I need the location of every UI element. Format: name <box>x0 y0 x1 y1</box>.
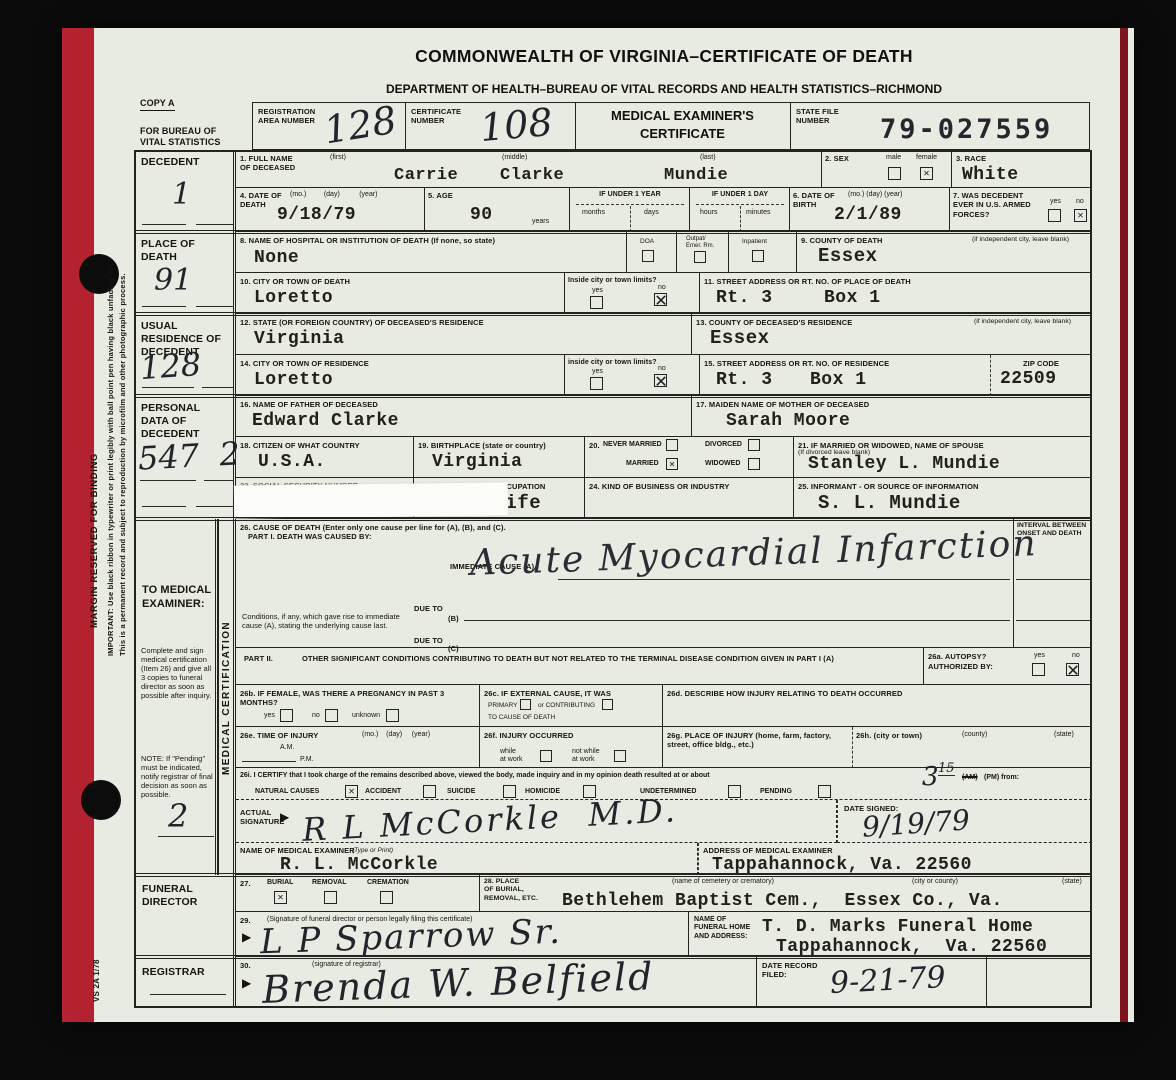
form-code: VS 2A 1/78 <box>92 930 102 1002</box>
last-name-value: Mundie <box>664 167 728 184</box>
date-of-birth-value: 2/1/89 <box>834 206 902 224</box>
state-residence-value: Virginia <box>254 330 344 348</box>
disposition-num: 27. <box>240 879 251 888</box>
contributing-checkbox <box>602 699 613 710</box>
cemetery-sub: (name of cemetery or crematory) <box>672 878 774 886</box>
father-name-value: Edward Clarke <box>252 412 399 430</box>
state-file-value: 79-027559 <box>880 114 1053 145</box>
doa-sub: DOA <box>640 238 654 246</box>
sex-label: 2. SEX <box>825 154 849 163</box>
limits2-no-checkbox: ✕ <box>654 374 667 387</box>
county-residence-note: (if independent city, leave blank) <box>974 318 1071 326</box>
sidebar-funeral-label: FUNERAL DIRECTOR <box>142 883 212 909</box>
limits2-yes-sub: yes <box>592 368 603 376</box>
undetermined-checkbox <box>728 785 741 798</box>
external-cause-label2: TO CAUSE OF DEATH <box>488 714 555 722</box>
sex-male-checkbox <box>888 167 901 180</box>
registration-area-value: 128 <box>321 101 399 150</box>
autopsy-yes-sub: yes <box>1034 652 1045 660</box>
certificate-number-label: CERTIFICATE NUMBER <box>411 107 481 126</box>
funeral-home-label: NAME OF FUNERAL HOME AND ADDRESS: <box>694 916 760 941</box>
birthplace-label: 19. BIRTHPLACE (state or country) <box>418 441 582 450</box>
examiner-address-value: Tappahannock, Va. 22560 <box>712 856 972 874</box>
arrow-icon: ▶ <box>242 930 251 945</box>
first-sub: (first) <box>330 154 346 162</box>
b-label: (B) <box>448 614 459 623</box>
cause-label: 26. CAUSE OF DEATH (Enter only one cause… <box>240 523 506 532</box>
me-certificate-title-1: MEDICAL EXAMINER'S <box>575 108 790 123</box>
am-sub: A.M. <box>280 744 294 752</box>
county-residence-value: Essex <box>710 329 770 348</box>
hospital-value: None <box>254 249 299 267</box>
pregnancy-no-checkbox <box>325 709 338 722</box>
city-residence-label: 14. CITY OR TOWN OF RESIDENCE <box>240 359 369 368</box>
widowed-sub: WIDOWED <box>705 460 740 468</box>
removal-checkbox <box>324 891 337 904</box>
informant-value: S. L. Mundie <box>818 494 961 513</box>
accident-checkbox <box>423 785 436 798</box>
date-signed-value: 9/19/79 <box>861 806 971 841</box>
autopsy-yes-checkbox <box>1032 663 1045 676</box>
widowed-checkbox <box>748 458 760 470</box>
arrow-icon: ▶ <box>280 810 289 825</box>
sidebar-tome-label: TO MEDICAL EXAMINER: <box>142 584 212 612</box>
limits1-yes-sub: yes <box>592 287 603 295</box>
injury-state-sub: (state) <box>1054 731 1074 739</box>
punch-hole-bottom <box>81 780 121 820</box>
street-of-death-label: 11. STREET ADDRESS OR RT. NO. OF PLACE O… <box>704 277 911 286</box>
pregnancy-unknown-checkbox <box>386 709 399 722</box>
married-checkbox: ✕ <box>666 458 678 470</box>
due-to-b-label: DUE TO <box>414 604 443 613</box>
time-of-injury-label: 26e. TIME OF INJURY <box>240 731 318 740</box>
full-name-label: 1. FULL NAME OF DECEASED <box>240 154 295 173</box>
date-of-birth-subs: (mo.) (day) (year) <box>848 191 902 199</box>
pm-sub: P.M. <box>300 756 314 764</box>
while-at-work-sub: while at work <box>500 748 523 765</box>
whiteout-strip <box>234 482 508 518</box>
arrow-icon: ▶ <box>242 976 251 991</box>
outpatient-sub: Outpat/ Emer. Rm. <box>686 236 714 250</box>
examiner-name-note: (Type or Print) <box>352 847 393 855</box>
street-residence-label: 15. STREET ADDRESS OR RT. NO. OF RESIDEN… <box>704 359 889 368</box>
cremation-checkbox <box>380 891 393 904</box>
sidebar-decedent-label: DECEDENT <box>141 156 200 169</box>
hours-sub: hours <box>700 209 718 217</box>
binding-strip-right <box>1120 28 1128 1022</box>
limits1-label: Inside city or town limits? <box>568 277 657 286</box>
margin-important-line1: IMPORTANT: Use black ribbon in typewrite… <box>106 256 115 656</box>
race-value: White <box>962 166 1019 184</box>
natural-causes-sub: NATURAL CAUSES <box>255 788 319 796</box>
middle-name-value: Clarke <box>500 167 564 184</box>
date-filed-label: DATE RECORD FILED: <box>762 961 818 980</box>
certificate-number-value: 108 <box>478 103 554 147</box>
margin-binding-text: MARGIN RESERVED FOR BINDING <box>90 426 101 656</box>
mother-name-label: 17. MAIDEN NAME OF MOTHER OF DECEASED <box>696 400 869 409</box>
citizen-label: 18. CITIZEN OF WHAT COUNTRY <box>240 441 410 450</box>
funeral-home-name: T. D. Marks Funeral Home <box>762 918 1033 936</box>
age-unit: years <box>532 218 549 226</box>
examiner-name-label: NAME OF MEDICAL EXAMINER <box>240 846 355 855</box>
primary-checkbox <box>520 699 531 710</box>
certify-am: (AM) <box>962 774 978 782</box>
actual-signature-label: ACTUAL SIGNATURE <box>240 808 285 827</box>
married-sub: MARRIED <box>626 460 659 468</box>
sex-female-sub: female <box>916 154 937 162</box>
sidebar-registrar-label: REGISTRAR <box>142 966 205 979</box>
sidebar-tome-note1: Complete and sign medical certification … <box>141 646 215 700</box>
autopsy-no-checkbox: ✕ <box>1066 663 1079 676</box>
pregnancy-no-sub: no <box>312 712 320 720</box>
due-to-c-label: DUE TO <box>414 636 443 645</box>
city-county-sub: (city or county) <box>912 878 958 886</box>
city-residence-value: Loretto <box>254 371 333 389</box>
armed-forces-label: 7. WAS DECEDENT EVER IN U.S. ARMED FORCE… <box>953 191 1045 219</box>
funeral-director-signature: L P Sparrow Sr. <box>259 915 562 960</box>
never-married-checkbox <box>666 439 678 451</box>
date-of-death-subs: (mo.) (day) (year) <box>290 191 378 199</box>
funeral-home-address: Tappahannock, Va. 22560 <box>776 938 1047 956</box>
not-while-at-work-checkbox <box>614 750 626 762</box>
bureau-label: FOR BUREAU OF VITAL STATISTICS <box>140 126 228 149</box>
not-while-at-work-sub: not while at work <box>572 748 600 765</box>
homicide-sub: HOMICIDE <box>525 788 560 796</box>
sidebar-pod-label: PLACE OF DEATH <box>141 238 205 264</box>
page-subtitle: DEPARTMENT OF HEALTH–BUREAU OF VITAL REC… <box>236 82 1092 96</box>
citizen-value: U.S.A. <box>258 453 326 471</box>
middle-sub: (middle) <box>502 154 527 162</box>
certificate-paper: MARGIN RESERVED FOR BINDING IMPORTANT: U… <box>62 28 1134 1022</box>
divorced-checkbox <box>748 439 760 451</box>
limits1-yes-checkbox <box>590 296 603 309</box>
page-title: COMMONWEALTH OF VIRGINIA–CERTIFICATE OF … <box>236 46 1092 67</box>
doa-checkbox <box>642 250 654 262</box>
minutes-sub: minutes <box>746 209 771 217</box>
registrar-sig-num: 30. <box>240 961 251 970</box>
county-of-death-value: Essex <box>818 247 878 266</box>
informant-label: 25. INFORMANT - OR SOURCE OF INFORMATION <box>798 482 979 491</box>
street-of-death-rt: Rt. 3 <box>716 289 773 307</box>
suicide-sub: SUICIDE <box>447 788 475 796</box>
county-residence-label: 13. COUNTY OF DECEASED'S RESIDENCE <box>696 318 852 327</box>
date-of-death-label: 4. DATE OF DEATH <box>240 191 282 210</box>
funeral-sig-num: 29. <box>240 916 251 925</box>
external-cause-label: 26c. IF EXTERNAL CAUSE, IT WAS <box>484 689 611 698</box>
date-of-birth-label: 6. DATE OF BIRTH <box>793 191 835 210</box>
inpatient-checkbox <box>752 250 764 262</box>
days-sub: days <box>644 209 659 217</box>
accident-sub: ACCIDENT <box>365 788 401 796</box>
limits2-yes-checkbox <box>590 377 603 390</box>
outpatient-checkbox <box>694 251 706 263</box>
injury-county-sub: (county) <box>962 731 987 739</box>
sidebar-pod-hand: 91 <box>154 266 192 296</box>
pregnancy-label: 26b. IF FEMALE, WAS THERE A PREGNANCY IN… <box>240 689 450 708</box>
city-of-death-label: 10. CITY OR TOWN OF DEATH <box>240 277 350 286</box>
place-of-burial-value: Bethlehem Baptist Cem., Essex Co., Va. <box>562 892 1003 910</box>
street-residence-box: Box 1 <box>810 371 867 389</box>
first-name-value: Carrie <box>394 167 458 184</box>
conditions-note: Conditions, if any, which gave rise to i… <box>242 612 410 630</box>
pending-checkbox <box>818 785 831 798</box>
contributing-sub: or CONTRIBUTING <box>538 702 595 710</box>
medical-certification-label: MEDICAL CERTIFICATION <box>221 528 233 868</box>
under-1-day-label: IF UNDER 1 DAY <box>690 191 790 200</box>
natural-causes-checkbox: ✕ <box>345 785 358 798</box>
injury-city-label: 26h. (city or town) <box>856 731 922 740</box>
autopsy-label2: AUTHORIZED BY: <box>928 662 993 671</box>
certify-text: 26i. I CERTIFY that I took charge of the… <box>240 772 912 780</box>
county-of-death-label: 9. COUNTY OF DEATH <box>801 236 883 245</box>
state-sub: (state) <box>1062 878 1082 886</box>
place-of-injury-label: 26g. PLACE OF INJURY (home, farm, factor… <box>667 731 839 750</box>
while-at-work-checkbox <box>540 750 552 762</box>
limits2-label: inside city or town limits? <box>568 359 657 368</box>
never-married-sub: NEVER MARRIED <box>603 441 662 449</box>
marital-num: 20. <box>589 441 600 450</box>
pregnancy-yes-checkbox <box>280 709 293 722</box>
certify-time-hour: 3 <box>922 764 939 790</box>
certify-time-min: 15 <box>938 762 955 776</box>
birthplace-value: Virginia <box>432 453 522 471</box>
sidebar-tome-note2: NOTE: If "Pending" must be indicated, no… <box>141 754 215 799</box>
examiner-name-value: R. L. McCorkle <box>280 856 438 874</box>
date-of-death-value: 9/18/79 <box>277 206 356 224</box>
forces-no-sub: no <box>1076 198 1084 206</box>
divorced-sub: DIVORCED <box>705 441 742 449</box>
age-label: 5. AGE <box>428 191 453 200</box>
copy-label: COPY A <box>140 98 175 111</box>
empty-cell <box>987 957 1092 1008</box>
burial-sub: BURIAL <box>267 879 293 887</box>
sidebar-registrar <box>134 957 236 1008</box>
burial-checkbox: ✕ <box>274 891 287 904</box>
autopsy-label: 26a. AUTOPSY? <box>928 652 986 661</box>
forces-yes-checkbox <box>1048 209 1061 222</box>
part2-label: PART II. <box>244 654 273 663</box>
father-name-label: 16. NAME OF FATHER OF DECEASED <box>240 400 378 409</box>
cremation-sub: CREMATION <box>367 879 409 887</box>
last-sub: (last) <box>700 154 716 162</box>
sidebar-residence-hand: 128 <box>139 348 202 384</box>
how-injury-label: 26d. DESCRIBE HOW INJURY RELATING TO DEA… <box>667 689 903 698</box>
suicide-checkbox <box>503 785 516 798</box>
date-filed-value: 9-21-79 <box>829 963 946 999</box>
pending-sub: PENDING <box>760 788 792 796</box>
place-of-burial-label: 28. PLACE OF BURIAL, REMOVAL, ETC. <box>484 878 538 903</box>
pregnancy-unknown-sub: unknown <box>352 712 380 720</box>
county-of-death-note: (if independent city, leave blank) <box>972 236 1069 244</box>
state-file-label: STATE FILE NUMBER <box>796 107 856 126</box>
sidebar-personal-hand: 547 2 <box>137 437 240 474</box>
zip-label: ZIP CODE <box>990 359 1092 368</box>
sex-male-sub: male <box>886 154 901 162</box>
state-residence-label: 12. STATE (OR FOREIGN COUNTRY) OF DECEAS… <box>240 318 484 327</box>
street-residence-rt: Rt. 3 <box>716 371 773 389</box>
examiner-address-label: ADDRESS OF MEDICAL EXAMINER <box>703 846 833 855</box>
time-of-injury-subs: (mo.) (day) (year) <box>362 731 430 739</box>
margin-important-line2: This is a permanent record and subject t… <box>118 256 127 656</box>
certify-pm: (PM) from: <box>984 774 1019 782</box>
spouse-value: Stanley L. Mundie <box>808 455 1000 473</box>
hospital-label: 8. NAME OF HOSPITAL OR INSTITUTION OF DE… <box>240 236 495 245</box>
injury-occurred-label: 26f. INJURY OCCURRED <box>484 731 574 740</box>
months-sub: months <box>582 209 605 217</box>
sidebar-decedent-hand: 1 <box>172 180 191 210</box>
age-value: 90 <box>470 206 493 224</box>
part1-label: PART I. DEATH WAS CAUSED BY: <box>248 532 372 541</box>
forces-no-checkbox: ✕ <box>1074 209 1087 222</box>
zip-value: 22509 <box>1000 370 1057 388</box>
removal-sub: REMOVAL <box>312 879 346 887</box>
me-certificate-title-2: CERTIFICATE <box>575 126 790 141</box>
pregnancy-yes-sub: yes <box>264 712 275 720</box>
street-of-death-box: Box 1 <box>824 289 881 307</box>
sex-female-checkbox: ✕ <box>920 167 933 180</box>
race-label: 3. RACE <box>956 154 986 163</box>
mother-name-value: Sarah Moore <box>726 412 850 430</box>
forces-yes-sub: yes <box>1050 198 1061 206</box>
sidebar-tome-hand: 2 <box>168 800 188 832</box>
city-of-death-value: Loretto <box>254 289 333 307</box>
under-1-year-label: IF UNDER 1 YEAR <box>570 191 690 200</box>
limits1-no-checkbox: ✕ <box>654 293 667 306</box>
part2-text: OTHER SIGNIFICANT CONDITIONS CONTRIBUTIN… <box>302 654 862 663</box>
inpatient-sub: Inpatient <box>742 238 767 246</box>
business-label: 24. KIND OF BUSINESS OR INDUSTRY <box>589 482 729 491</box>
primary-sub: PRIMARY <box>488 702 518 710</box>
